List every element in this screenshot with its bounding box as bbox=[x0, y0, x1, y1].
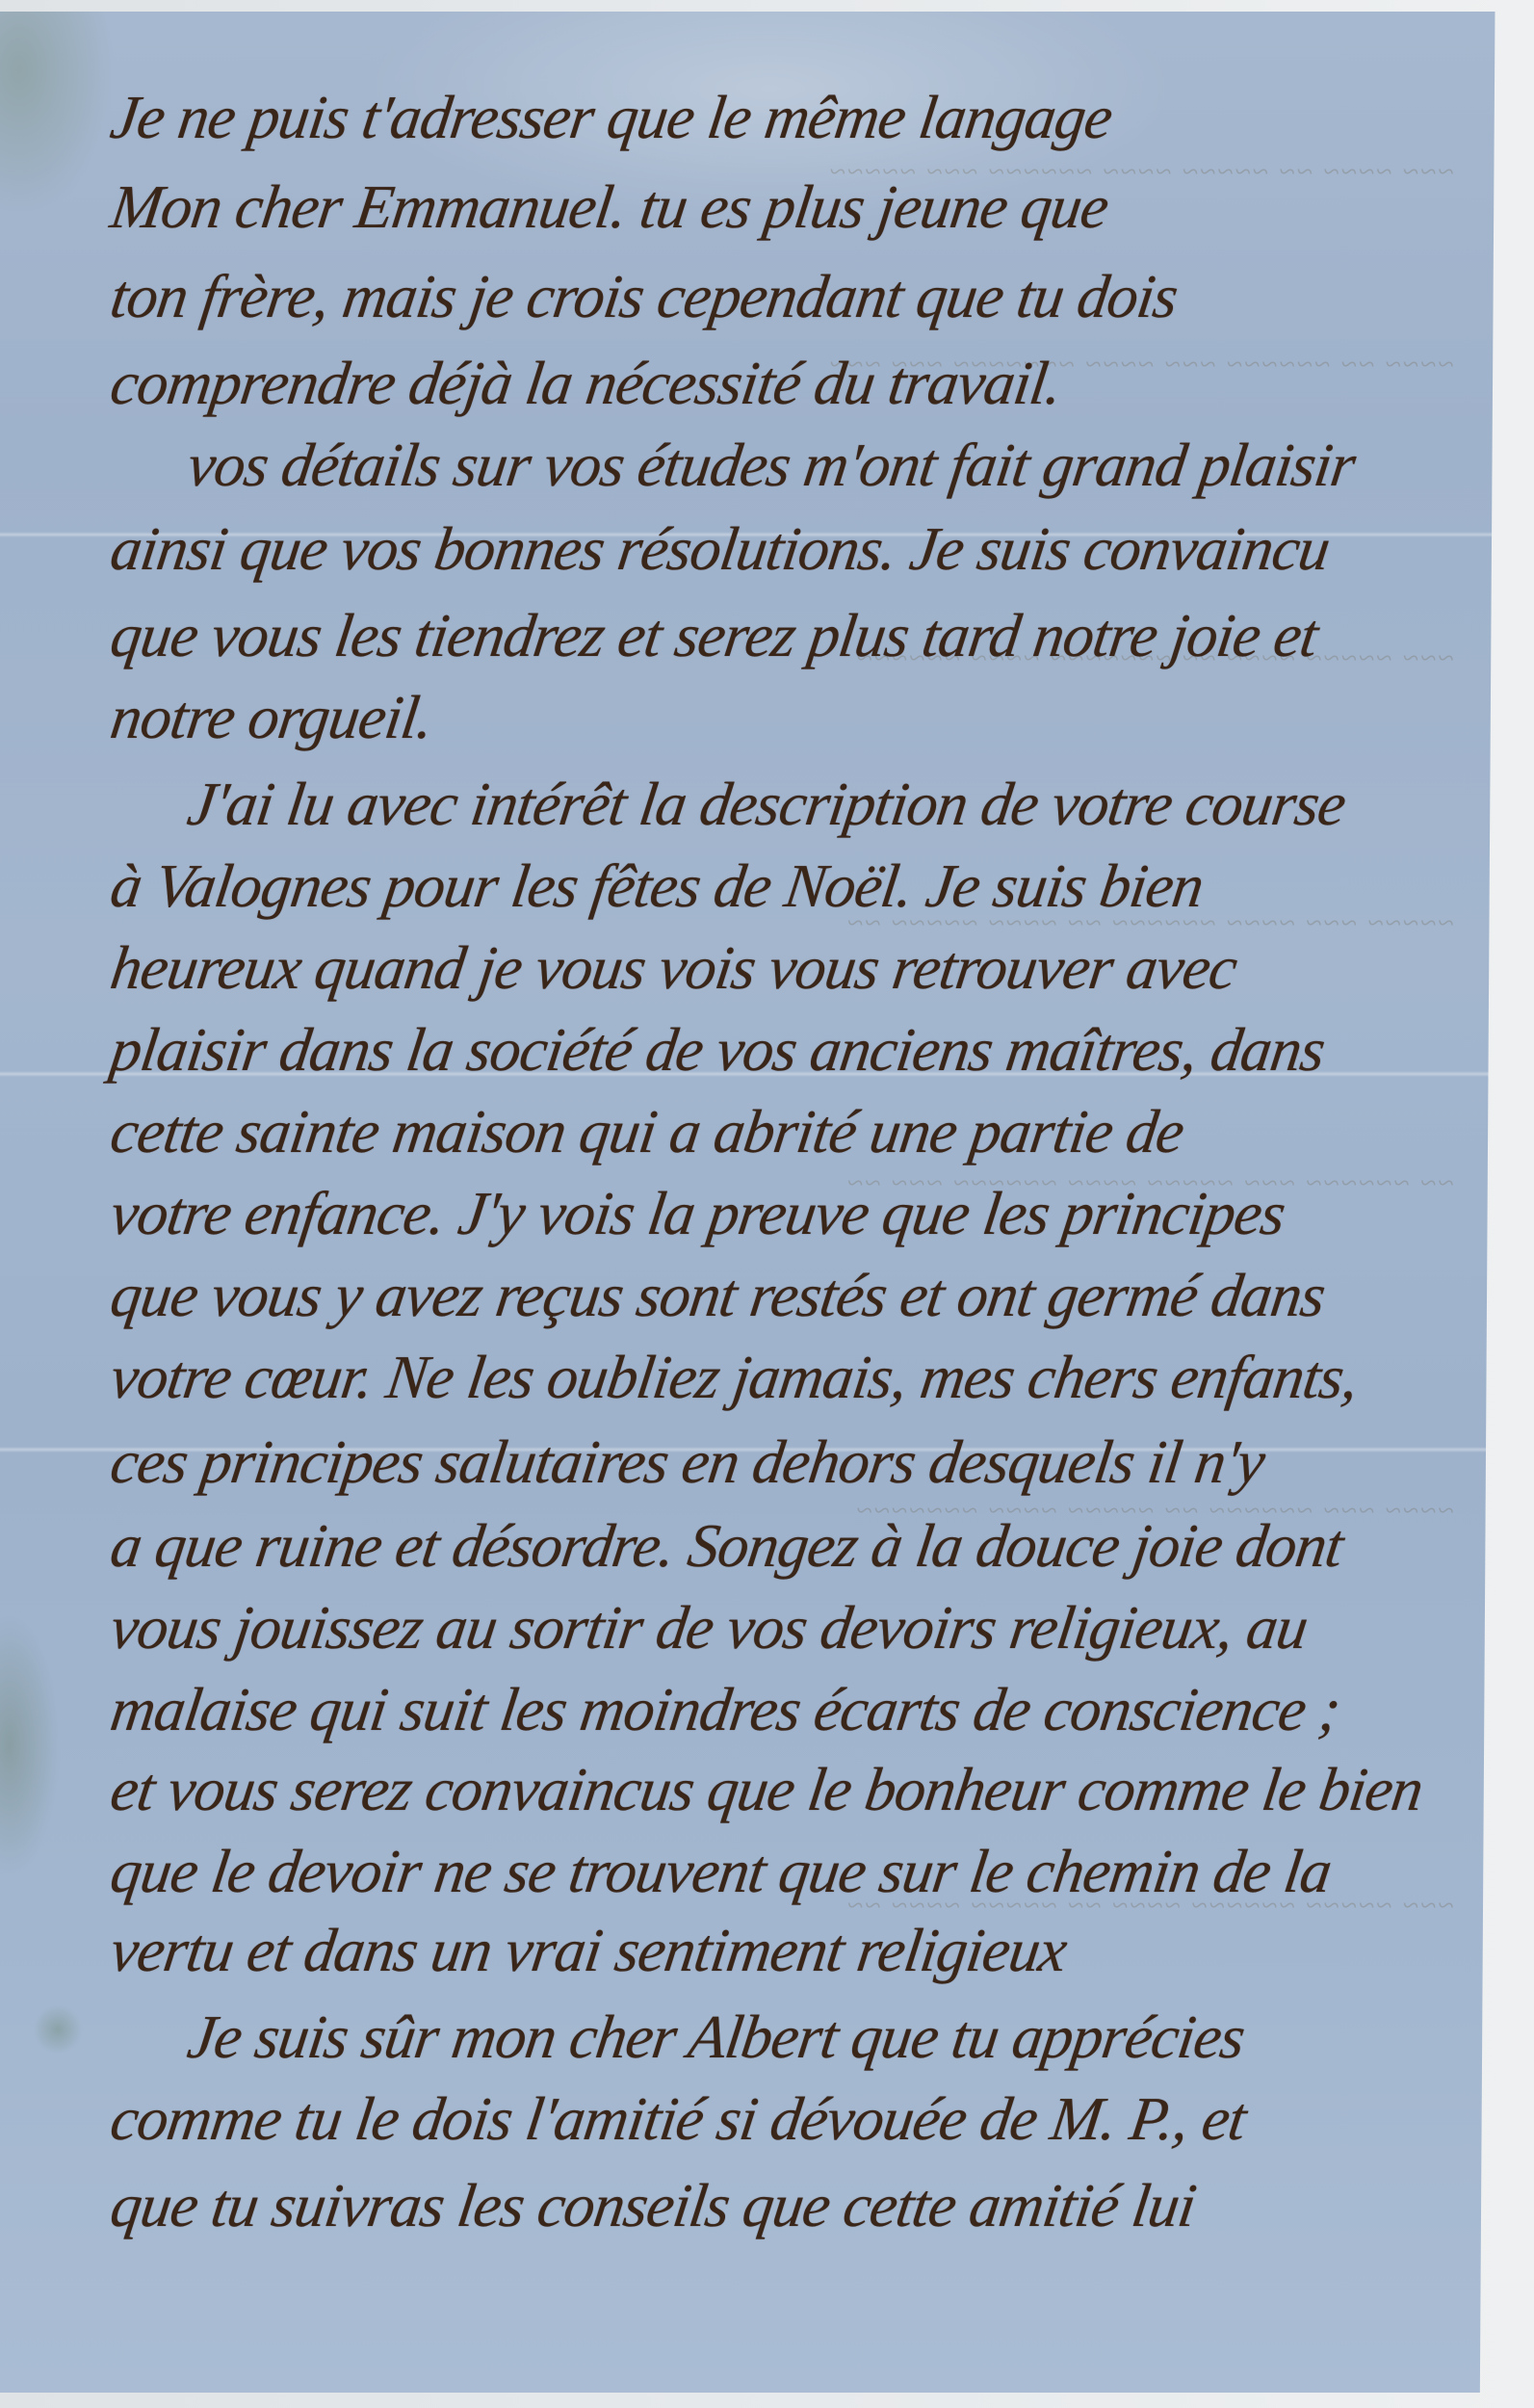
letter-line: ton frère, mais je crois cependant que t… bbox=[106, 258, 1494, 335]
letter-line: J'ai lu avec intérêt la description de v… bbox=[183, 766, 1534, 843]
letter-line: comprendre déjà la nécessité du travail. bbox=[106, 345, 1494, 422]
letter-line: ces principes salutaires en dehors desqu… bbox=[106, 1424, 1494, 1501]
letter-line: a que ruine et désordre. Songez à la dou… bbox=[106, 1507, 1494, 1584]
letter-line: votre cœur. Ne les oubliez jamais, mes c… bbox=[106, 1339, 1494, 1416]
letter-line: plaisir dans la société de vos anciens m… bbox=[106, 1011, 1494, 1088]
letter-line: Mon cher Emmanuel. tu es plus jeune que bbox=[106, 169, 1494, 246]
letter-line: cette sainte maison qui a abrité une par… bbox=[106, 1093, 1494, 1170]
letter-line: ainsi que vos bonnes résolutions. Je sui… bbox=[106, 510, 1494, 588]
letter-line: Je suis sûr mon cher Albert que tu appré… bbox=[183, 1999, 1534, 2076]
letter-line: que le devoir ne se trouvent que sur le … bbox=[106, 1833, 1494, 1910]
letter-line: que vous les tiendrez et serez plus tard… bbox=[106, 597, 1494, 674]
letter-line: votre enfance. J'y vois la preuve que le… bbox=[106, 1175, 1494, 1252]
letter-line: heureux quand je vous vois vous retrouve… bbox=[106, 929, 1494, 1007]
letter-line: vous jouissez au sortir de vos devoirs r… bbox=[106, 1589, 1494, 1666]
letter-line: Je ne puis t'adresser que le même langag… bbox=[106, 79, 1494, 156]
letter-line: que tu suivras les conseils que cette am… bbox=[106, 2167, 1494, 2244]
letter-line: malaise qui suit les moindres écarts de … bbox=[106, 1671, 1494, 1748]
letter-line: notre orgueil. bbox=[106, 679, 1494, 756]
letter-line: vertu et dans un vrai sentiment religieu… bbox=[106, 1912, 1494, 1989]
letter-line: et vous serez convaincus que le bonheur … bbox=[106, 1751, 1494, 1828]
letter-line: à Valognes pour les fêtes de Noël. Je su… bbox=[106, 848, 1494, 925]
letter-line: vos détails sur vos études m'ont fait gr… bbox=[183, 427, 1534, 504]
letter-line: comme tu le dois l'amitié si dévouée de … bbox=[106, 2081, 1494, 2158]
letter-line: que vous y avez reçus sont restés et ont… bbox=[106, 1257, 1494, 1334]
